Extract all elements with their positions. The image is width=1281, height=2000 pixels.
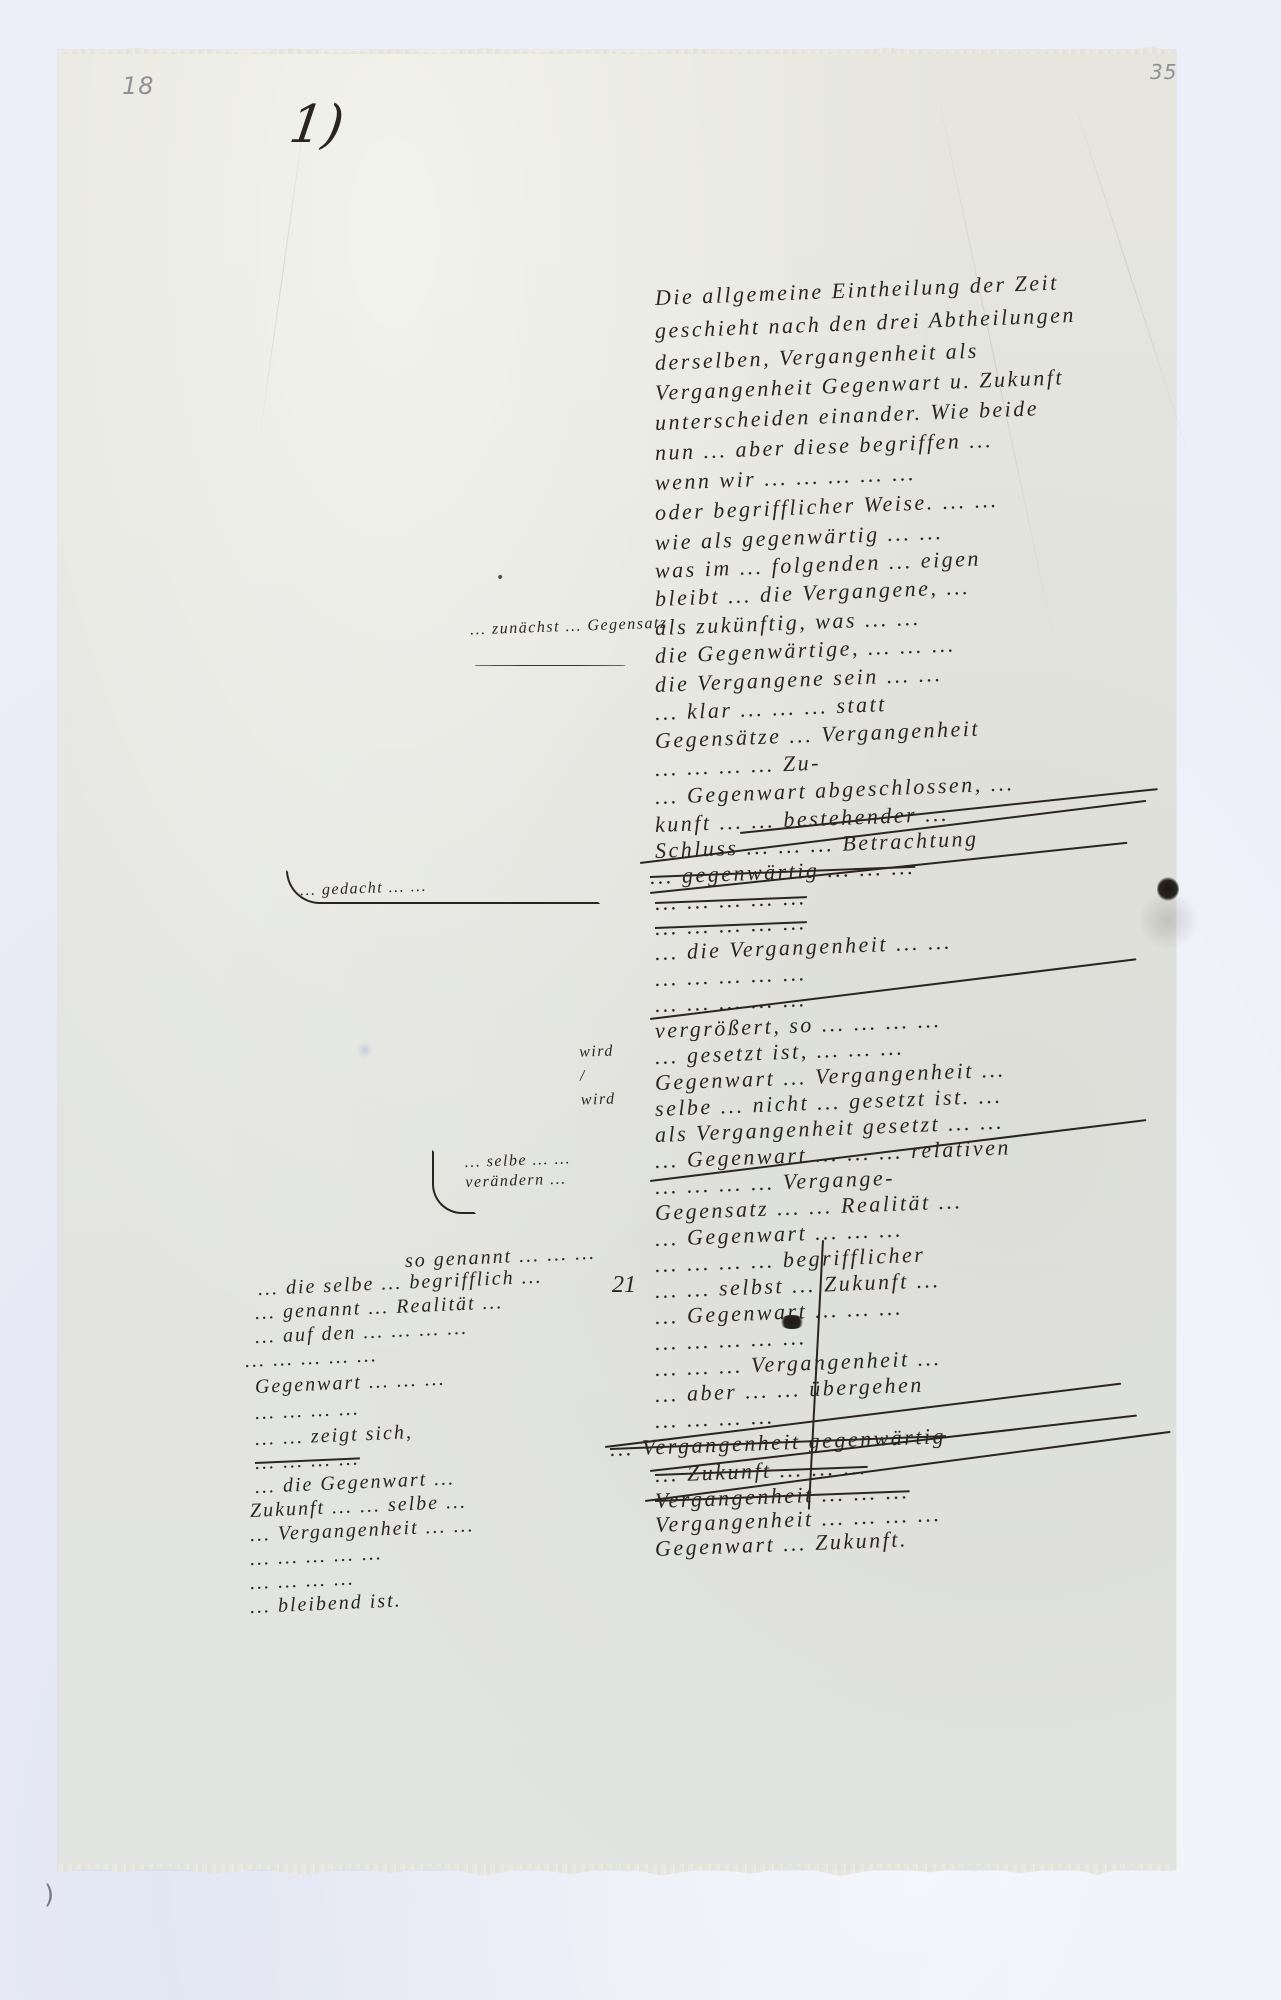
- text-line: ... ... ... ...: [254, 1397, 360, 1425]
- paper-crease: [1063, 70, 1194, 470]
- text-line-struck: ... ... ... ...: [254, 1447, 360, 1475]
- ink-smudge: [358, 1040, 372, 1060]
- stray-mark: •: [496, 570, 504, 586]
- text-line: ... ... ... ...: [249, 1567, 355, 1595]
- margin-bracket: [286, 870, 600, 904]
- pen-mark: ): [44, 1880, 54, 1910]
- archive-number-left: 18: [122, 72, 155, 100]
- ink-blot: [1157, 877, 1179, 901]
- section-number: 1): [286, 95, 348, 155]
- margin-note-wird: wird / wird: [579, 1039, 621, 1112]
- margin-note-underline: [475, 665, 625, 666]
- archive-number-right: 35: [1150, 60, 1177, 84]
- margin-number: 21: [612, 1272, 636, 1299]
- margin-note-selbe: ... selbe ... ... verändern ...: [464, 1147, 640, 1193]
